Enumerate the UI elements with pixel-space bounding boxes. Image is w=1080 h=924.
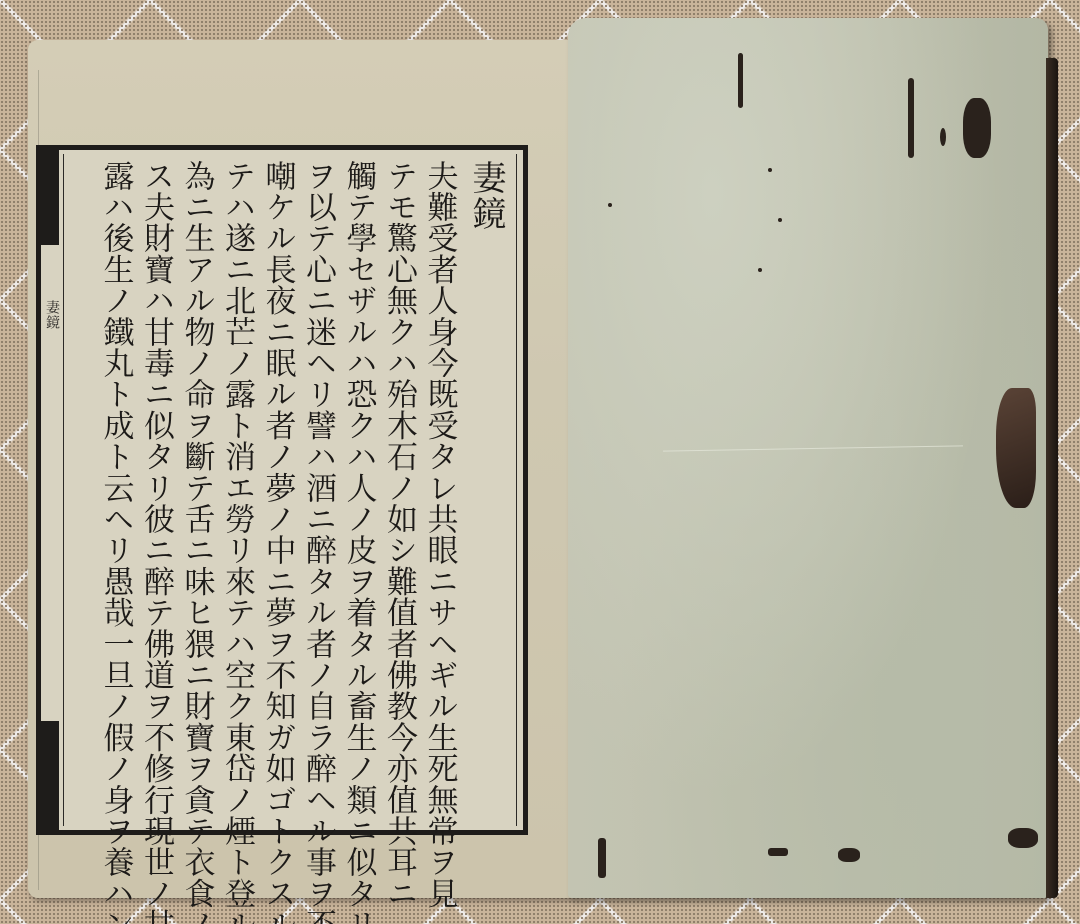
wormhole [908,78,914,158]
text-frame: 妻鏡 妻鏡 夫難受者人身今既受タレ共眼ニサヘギル生死無常ヲ見 テモ驚心無クハ殆木… [36,145,528,835]
book-title: 妻鏡 [466,160,507,832]
text-column: ス夫財寶ハ甘毒ニ似タリ彼ニ醉テ佛道ヲ不修行現世ノ甘 [136,160,177,832]
margin-column: 妻鏡 [41,150,59,830]
text-column: 為ニ生アル物ノ命ヲ斷テ舌ニ味ヒ猥ニ財寶ヲ貪テ衣食ノ計ト [176,160,217,832]
wormhole [598,838,606,878]
text-column: 露ハ後生ノ鐵丸ト成ト云ヘリ愚哉一旦ノ假ノ身ヲ養ハン爲ニ [95,160,136,832]
wormhole [758,268,762,272]
text-column: テハ遂ニ北芒ノ露ト消エ勞リ來テハ空ク東岱ノ煙ト登ル此身ノ [217,160,258,832]
right-page-blank [568,18,1048,898]
left-page: 妻鏡 妻鏡 夫難受者人身今既受タレ共眼ニサヘギル生死無常ヲ見 テモ驚心無クハ殆木… [28,40,573,898]
text-column: テモ驚心無クハ殆木石ノ如シ難值者佛教今亦值共耳ニ [379,160,420,832]
text-column: 觸テ學セザルハ恐クハ人ノ皮ヲ着タル畜生ノ類ニ似タリ我身ヲ不知心 [338,160,379,832]
text-column: ヲ以テ心ニ迷ヘリ譬ハ酒ニ醉タル者ノ自ラ醉ヘル事ヲ不知シテ不醉人ヲ [298,160,339,832]
text-column: 嘲ケル長夜ニ眠ル者ノ夢ノ中ニ夢ヲ不知ガ如ゴトクスルニ似タリ養得 [257,160,298,832]
wormhole [1008,828,1038,848]
torn-edge [996,388,1036,508]
wormhole [940,128,946,146]
text-column: 夫難受者人身今既受タレ共眼ニサヘギル生死無常ヲ見 [419,160,460,832]
vertical-text-body: 妻鏡 夫難受者人身今既受タレ共眼ニサヘギル生死無常ヲ見 テモ驚心無クハ殆木石ノ如… [95,160,506,832]
margin-title: 妻鏡 [42,300,62,330]
wormhole [768,848,788,856]
wormhole [778,218,782,222]
paper-crease [663,445,963,451]
text-area: 妻鏡 夫難受者人身今既受タレ共眼ニサヘギル生死無常ヲ見 テモ驚心無クハ殆木石ノ如… [63,154,517,826]
wormhole [963,98,991,158]
wormhole [738,53,743,108]
page-edge-shadow [1046,58,1058,898]
wormhole [838,848,860,862]
wormhole [768,168,772,172]
wormhole [608,203,612,207]
